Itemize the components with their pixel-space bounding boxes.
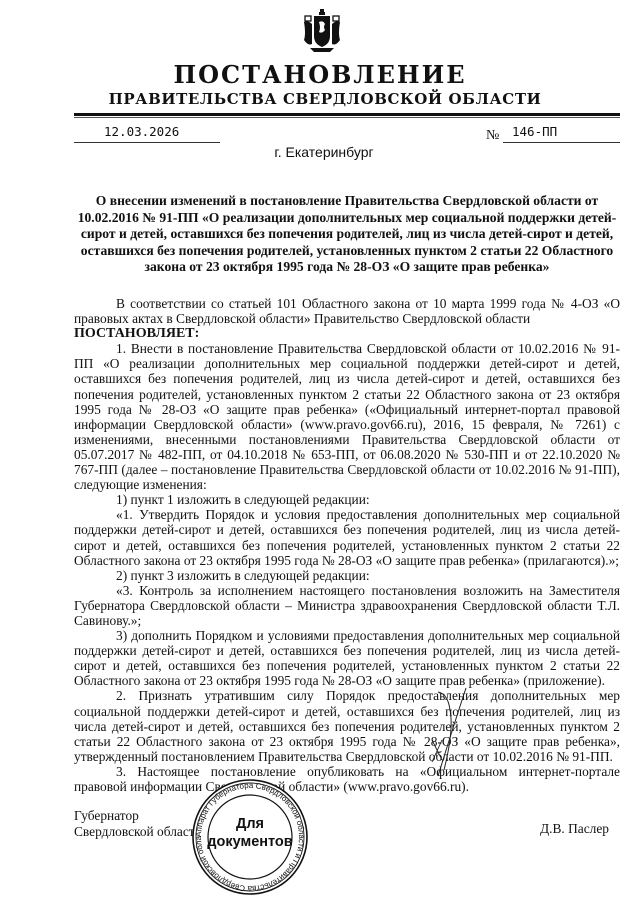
- document-date: 12.03.2026: [104, 124, 179, 139]
- date-underline: [74, 142, 220, 143]
- paragraph-1-1-text: «1. Утвердить Порядок и условия предоста…: [74, 507, 620, 567]
- paragraph-1-2-text: «3. Контроль за исполнением настоящего п…: [74, 583, 620, 628]
- stamp-center-text: Для документов: [190, 815, 310, 851]
- document-heading: О внесении изменений в постановление Пра…: [74, 193, 620, 276]
- pen-mark-icon: [430, 680, 490, 780]
- signatory-name: Д.В. Паслер: [540, 821, 609, 837]
- resolves-label: ПОСТАНОВЛЯЕТ:: [74, 326, 620, 341]
- paragraph-1: 1. Внести в постановление Правительства …: [74, 341, 620, 492]
- paragraph-1-1: 1) пункт 1 изложить в следующей редакции…: [74, 492, 620, 507]
- number-label: №: [486, 128, 499, 144]
- city: г. Екатеринбург: [0, 144, 640, 160]
- preamble: В соответствии со статьей 101 Областного…: [74, 296, 620, 326]
- document-body: В соответствии со статьей 101 Областного…: [74, 296, 620, 794]
- document-type-title: ПОСТАНОВЛЕНИЕ: [0, 60, 640, 89]
- stamp-line1: Для: [190, 815, 310, 833]
- paragraph-2: 2. Признать утратившим силу Порядок пред…: [74, 688, 620, 763]
- stamp-line2: документов: [190, 833, 310, 851]
- signatory-position-line1: Губернатор: [74, 808, 202, 824]
- signatory-position-line2: Свердловской области: [74, 824, 202, 840]
- signatory-position: Губернатор Свердловской области: [74, 808, 202, 840]
- number-underline: [503, 142, 620, 143]
- document-number: 146-ПП: [512, 124, 557, 139]
- paragraph-3: 3. Настоящее постановление опубликовать …: [74, 764, 620, 794]
- paragraph-1-2: 2) пункт 3 изложить в следующей редакции…: [74, 568, 620, 583]
- coat-of-arms-icon: [302, 8, 342, 54]
- paragraph-1-3: 3) дополнить Порядком и условиями предос…: [74, 628, 620, 688]
- header-divider-thin: [74, 117, 620, 118]
- issuing-authority: ПРАВИТЕЛЬСТВА СВЕРДЛОВСКОЙ ОБЛАСТИ: [0, 90, 640, 108]
- official-stamp: Аппарат Губернатора Свердловской области…: [190, 777, 310, 897]
- header-divider: [74, 113, 620, 116]
